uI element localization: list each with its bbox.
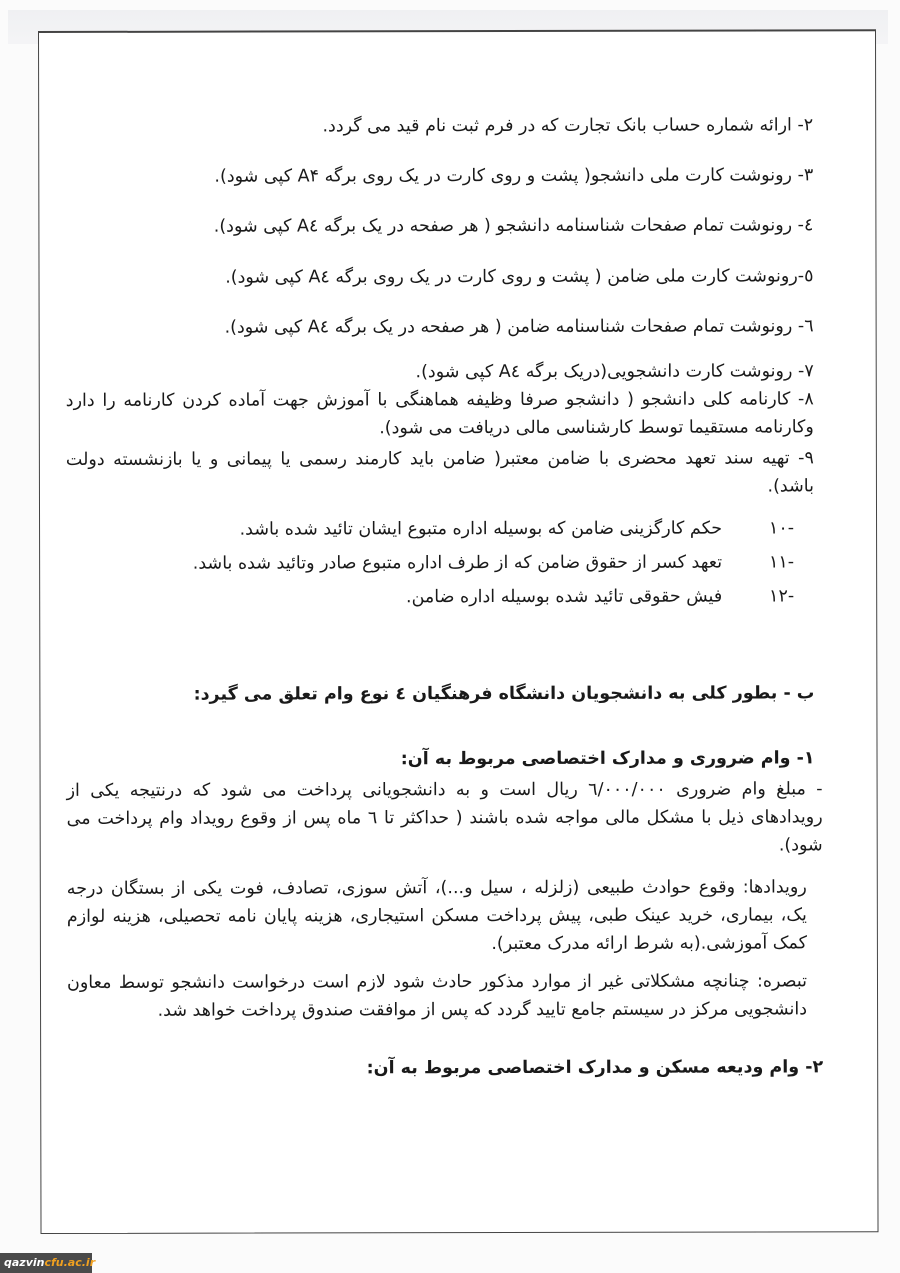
item-text: رونوشت کارت دانشجویی(دریک برگه A٤ کپی شو… [416, 361, 793, 382]
watermark-domain: cfu.ac.ir [44, 1256, 95, 1269]
item-number: ۷- [798, 361, 814, 381]
requirement-9: ۹- تهیه سند تعهد محضری با ضامن معتبر( ضا… [66, 444, 814, 502]
item-number: ٦- [798, 316, 814, 336]
loan-1-note-paragraph: تبصره: چنانچه مشکلاتی غیر از موارد مذکور… [67, 967, 807, 1025]
requirement-5: ٥-رونوشت کارت ملی ضامن ( پشت و روی کارت … [225, 262, 813, 291]
requirement-7: ۷- رونوشت کارت دانشجویی(دریک برگه A٤ کپی… [415, 357, 813, 386]
item-number: ٤- [798, 215, 814, 235]
guarantor-item-11: -۱۱تعهد کسر از حقوق ضامن که از طرف اداره… [193, 548, 794, 577]
item-number: ۹- [798, 448, 814, 468]
item-number: ۲- [797, 115, 813, 135]
item-text: رونوشت کارت ملی ضامن ( پشت و روی کارت در… [225, 266, 798, 287]
item-number: -۱۱ [722, 548, 794, 576]
requirement-8: ۸- کارنامه کلی دانشجو ( دانشجو صرفا وظیف… [66, 385, 814, 443]
item-text: رونوشت کارت ملی دانشجو( پشت و روی کارت د… [214, 165, 792, 186]
guarantor-item-12: -۱۲فیش حقوقی تائید شده بوسیله اداره ضامن… [406, 582, 794, 611]
document-page: ۲- ارائه شماره حساب بانک تجارت که در فرم… [38, 29, 879, 1234]
item-text: ارائه شماره حساب بانک تجارت که در فرم ثب… [322, 115, 791, 136]
section-b-heading: ب - بطور کلی به دانشجویان دانشگاه فرهنگی… [194, 679, 815, 708]
loan-1-events-paragraph: رویدادها: وقوع حوادث طبیعی (زلزله ، سیل … [67, 873, 807, 959]
item-number: ٥- [798, 266, 814, 286]
item-number: -۱۰ [722, 514, 794, 542]
item-number: ۸- [798, 389, 814, 409]
item-text: رونوشت تمام صفحات شناسنامه ضامن ( هر صفح… [225, 316, 793, 337]
requirement-2: ۲- ارائه شماره حساب بانک تجارت که در فرم… [322, 111, 813, 140]
guarantor-item-10: -۱۰حکم کارگزینی ضامن که بوسیله اداره متب… [240, 514, 795, 543]
watermark-city: qazvin [4, 1256, 44, 1269]
item-text: فیش حقوقی تائید شده بوسیله اداره ضامن. [406, 587, 722, 608]
site-watermark: qazvincfu.ac.ir [0, 1253, 92, 1273]
requirement-3: ۳- رونوشت کارت ملی دانشجو( پشت و روی کار… [214, 161, 813, 190]
item-text: تعهد کسر از حقوق ضامن که از طرف اداره مت… [193, 553, 722, 574]
document-content: ۲- ارائه شماره حساب بانک تجارت که در فرم… [105, 31, 813, 32]
item-text: کارنامه کلی دانشجو ( دانشجو صرفا وظیفه ه… [66, 389, 814, 438]
item-text: رونوشت تمام صفحات شناسنامه دانشجو ( هر ص… [214, 215, 792, 236]
item-text: حکم کارگزینی ضامن که بوسیله اداره متبوع … [240, 519, 723, 540]
loan-1-amount-paragraph: - مبلغ وام ضروری ٦/٠٠٠/٠٠٠ ریال است و به… [67, 775, 823, 861]
item-number: ۳- [798, 165, 814, 185]
item-text: تهیه سند تعهد محضری با ضامن معتبر( ضامن … [66, 448, 814, 496]
loan-1-heading: ۱- وام ضروری و مدارک اختصاصی مربوط به آن… [401, 744, 815, 773]
item-number: -۱۲ [722, 582, 794, 610]
requirement-6: ٦- رونوشت تمام صفحات شناسنامه ضامن ( هر … [225, 312, 814, 341]
requirement-4: ٤- رونوشت تمام صفحات شناسنامه دانشجو ( ه… [214, 211, 814, 240]
loan-2-heading: ۲- وام ودیعه مسکن و مدارک اختصاصی مربوط … [367, 1053, 824, 1082]
